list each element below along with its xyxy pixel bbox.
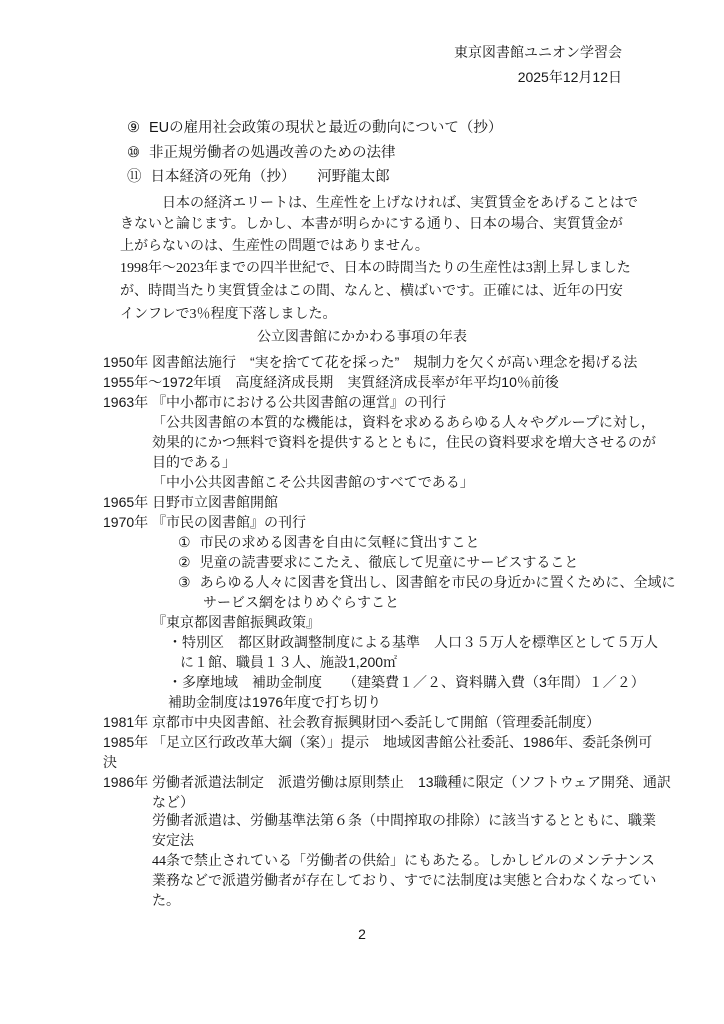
timeline-entry-1981: 1981年京都市中央図書館、社会教育振興財団へ委託して開館（管理委託制度） [103, 712, 724, 732]
entry-year: 1981年 [103, 712, 152, 732]
numbered-item-continuation: サービス網をはりめぐらすこと [203, 592, 724, 612]
agenda-item: ⑩非正規労働者の処遇改善のための法律 [127, 141, 724, 166]
excerpt-line: 上がらないのは、生産性の問題ではありません。 [120, 236, 724, 258]
agenda-item-number: ⑪ [127, 169, 142, 185]
agenda-item: ⑨EUの雇用社会政策の現状と最近の動向について（抄） [127, 116, 724, 141]
agenda-list: ⑨EUの雇用社会政策の現状と最近の動向について（抄） ⑩非正規労働者の処遇改善の… [127, 116, 724, 190]
header-org: 東京図書館ユニオン学習会 [0, 40, 622, 65]
document-header: 東京図書館ユニオン学習会 2025年12月12日 [0, 0, 724, 90]
entry-year: 1985年 [103, 732, 152, 752]
chronology-title: 公立図書館にかかわる事項の年表 [0, 326, 724, 347]
numbered-item: ①市民の求める図書を自由に気軽に貸出すこと [178, 532, 724, 552]
timeline-entry-1985: 1985年「足立区行政改革大綱（案）」提示 地域図書館公社委託、1986年、委託… [103, 732, 724, 752]
entry-text-continuation: 決 [103, 752, 724, 772]
entry-year: 1970年 [103, 512, 152, 532]
entry-text: 『中小都市における公共図書館の運営』の刊行 [152, 394, 446, 410]
excerpt-line: インフレで3％程度下落しました。 [120, 303, 724, 326]
book-excerpt: 日本の経済エリートは、生産性を上げなければ、実質賃金をあげることはで きないと論… [120, 193, 724, 327]
excerpt-line: が、時間当たり実質賃金はこの間、なんと、横ばいです。正確には、近年の円安 [120, 280, 724, 303]
bullet-line: ・多摩地域 補助金制度 （建築費１／２、資料購入費（3年間）１／２） [168, 672, 724, 692]
entry-text: 高度経済成長期 実質経済成長率が年平均10％前後 [235, 374, 559, 390]
header-date: 2025年12月12日 [0, 65, 622, 90]
timeline-entry-1950: 1950年図書館法施行 “実を捨てて花を採った” 規制力を欠くが高い理念を掲げる… [103, 352, 724, 372]
agenda-item-number: ⑨ [127, 120, 140, 136]
excerpt-line: 1998年〜2023年までの四半世紀で、日本の時間当たりの生産性は3割上昇しまし… [120, 257, 724, 280]
chronology-timeline: 1950年図書館法施行 “実を捨てて花を採った” 規制力を欠くが高い理念を掲げる… [103, 352, 724, 912]
item-text: 市民の求める図書を自由に気軽に貸出すこと [200, 534, 480, 550]
quote-line: 目的である」 [152, 452, 724, 472]
excerpt-line: 日本の経済エリートは、生産性を上げなければ、実質賃金をあげることはで [120, 193, 724, 215]
agenda-item-text: 日本経済の死角（抄） 河野龍太郎 [151, 169, 390, 185]
paragraph-line: 業務などで派遣労働者が存在しており、すでに法制度は実態と合わなくなってい [152, 872, 724, 892]
agenda-item: ⑪日本経済の死角（抄） 河野龍太郎 [127, 165, 724, 190]
entry-year: 1963年 [103, 392, 152, 412]
entry-text: 労働者派遣法制定 派遣労働は原則禁止 13職種に限定（ソフトウェア開発、通訳 [152, 774, 671, 790]
entry-text: 「足立区行政改革大綱（案）」提示 地域図書館公社委託、1986年、委託条例可 [152, 734, 652, 750]
numbered-item: ②児童の読書要求にこたえ、徹底して児童にサービスすること [178, 552, 724, 572]
entry-year: 1950年 [103, 352, 152, 372]
timeline-entry-1986: 1986年労働者派遣法制定 派遣労働は原則禁止 13職種に限定（ソフトウェア開発… [103, 772, 724, 792]
timeline-entry-1963: 1963年『中小都市における公共図書館の運営』の刊行 [103, 392, 724, 412]
paragraph-line: 労働者派遣は、労働基準法第６条（中間搾取の排除）に該当するとともに、職業 [152, 812, 724, 832]
agenda-item-text: 非正規労働者の処遇改善のための法律 [149, 145, 396, 161]
timeline-entry-1970: 1970年『市民の図書館』の刊行 [103, 512, 724, 532]
entry-year: 1965年 [103, 492, 152, 512]
note-line: 補助金制度は1976年度で打ち切り [168, 692, 724, 712]
timeline-entry-1965: 1965年日野市立図書館開館 [103, 492, 724, 512]
entry-text-continuation: など） [152, 792, 724, 812]
entry-text: 図書館法施行 “実を捨てて花を採った” 規制力を欠くが高い理念を掲げる法 [152, 354, 637, 370]
document-page: 東京図書館ユニオン学習会 2025年12月12日 ⑨EUの雇用社会政策の現状と最… [0, 0, 724, 1024]
paragraph-line: た。 [152, 892, 724, 912]
quote-line: 「公共図書館の本質的な機能は，資料を求めるあらゆる人々やグループに対し， [152, 412, 724, 432]
item-text: あらゆる人々に図書を貸出し、図書館を市民の身近かに置くために、全域に [200, 574, 676, 590]
entry-text: 日野市立図書館開館 [152, 494, 278, 510]
item-number: ③ [178, 574, 191, 590]
quote-line: 効果的にかつ無料で資料を提供するとともに，住民の資料要求を増大させるのが [152, 432, 724, 452]
quote-line: 「中小公共図書館こそ公共図書館のすべてである」 [152, 472, 724, 492]
agenda-item-text: EUの雇用社会政策の現状と最近の動向について（抄） [149, 120, 502, 136]
paragraph-line: 44条で禁止されている「労働者の供給」にもあたる。しかしビルのメンテナンス [152, 852, 724, 872]
tokyo-policy-heading: 『東京都図書館振興政策』 [152, 612, 724, 632]
entry-year: 1955年〜1972年頃 [103, 372, 221, 392]
agenda-item-number: ⑩ [127, 145, 140, 161]
entry-year: 1986年 [103, 772, 152, 792]
item-text: 児童の読書要求にこたえ、徹底して児童にサービスすること [200, 554, 579, 570]
page-number: 2 [0, 926, 724, 942]
timeline-entry-1955: 1955年〜1972年頃高度経済成長期 実質経済成長率が年平均10％前後 [103, 372, 724, 392]
bullet-line-continuation: に１館、職員１３人、施設1,200㎡ [180, 652, 724, 672]
entry-text: 『市民の図書館』の刊行 [152, 514, 306, 530]
item-number: ② [178, 554, 191, 570]
numbered-item: ③あらゆる人々に図書を貸出し、図書館を市民の身近かに置くために、全域に [178, 572, 724, 592]
paragraph-line: 安定法 [152, 832, 724, 852]
bullet-line: ・特別区 都区財政調整制度による基準 人口３５万人を標準区として５万人 [168, 632, 724, 652]
entry-text: 京都市中央図書館、社会教育振興財団へ委託して開館（管理委託制度） [152, 714, 600, 730]
item-number: ① [178, 534, 191, 550]
excerpt-line: きないと論じます。しかし、本書が明らかにする通り、日本の場合、実質賃金が [120, 214, 724, 236]
